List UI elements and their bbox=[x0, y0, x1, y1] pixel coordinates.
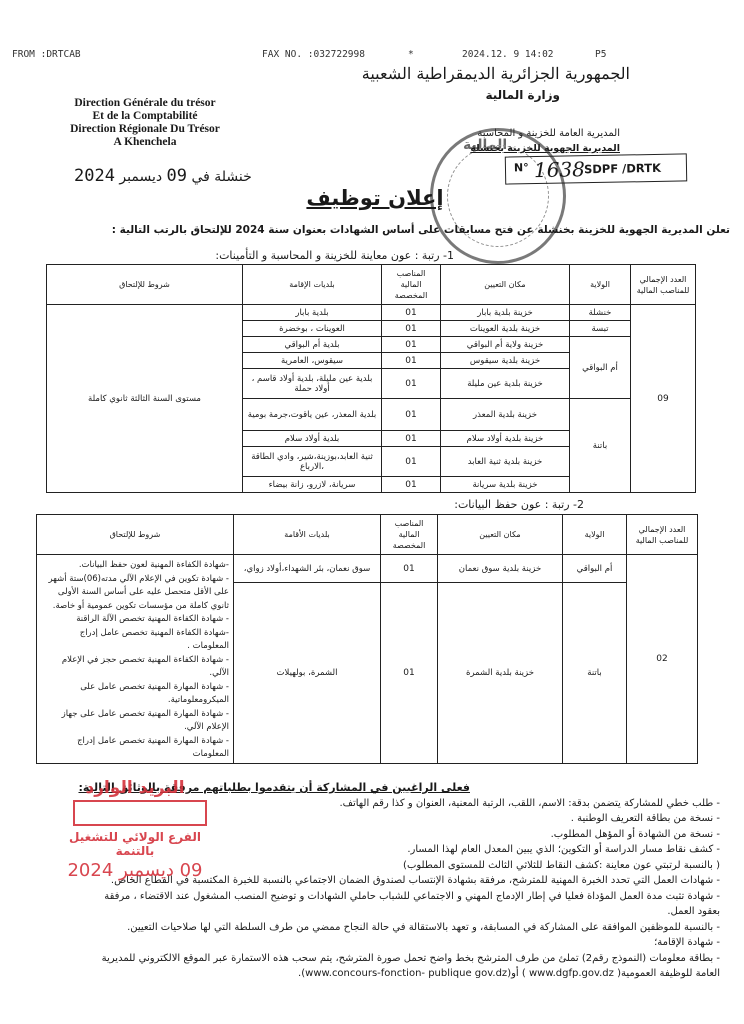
table-row: 02 أم البواقي خزينة بلدية سوق نعمان 01 س… bbox=[37, 555, 698, 583]
official-seal: المالية bbox=[430, 128, 566, 264]
posts-cell: 01 bbox=[382, 447, 441, 477]
reference-n: N° bbox=[514, 161, 529, 174]
table-row: 09 خنشلة خزينة بلدية بابار 01 بلدية بابا… bbox=[47, 305, 696, 321]
posts-cell: 01 bbox=[382, 369, 441, 399]
document-item: العامة للوظيفة العمومية( www.dgfp.gov.dz… bbox=[40, 966, 720, 982]
residence-cell: بلدية بابار bbox=[243, 305, 382, 321]
condition-item: -شهادة الكفاءة المهنية لعون حفظ البيانات… bbox=[41, 559, 229, 573]
residence-cell: سيقوس، العامرية bbox=[243, 353, 382, 369]
place-cell: خزينة بلدية ثنية العابد bbox=[441, 447, 570, 477]
header-wilaya: الولاية bbox=[563, 515, 627, 555]
posts-cell: 01 bbox=[381, 583, 438, 763]
wilaya-cell: أم البواقي bbox=[570, 337, 631, 399]
wilaya-cell: باتنة bbox=[570, 399, 631, 493]
intro-text: تعلن المديرية الجهوية للخزينة بخنشلة عن … bbox=[110, 224, 730, 236]
rank2-table: العدد الإجمالي للمناصب المالية الولاية م… bbox=[36, 514, 698, 764]
header-wilaya: الولاية bbox=[570, 265, 631, 305]
reference-number: 1638 bbox=[534, 157, 585, 182]
rank1-label: 1- رتبة : عون معاينة للخزينة و المحاسبة … bbox=[215, 249, 454, 262]
letterhead-line: Et de la Comptabilité bbox=[55, 110, 235, 123]
header-place: مكان التعيين bbox=[438, 515, 563, 555]
header-total: العدد الإجمالي للمناصب المالية bbox=[627, 515, 698, 555]
french-letterhead: Direction Générale du trésor Et de la Co… bbox=[55, 97, 235, 149]
republic-title: الجمهورية الجزائرية الديمقراطية الشعبية bbox=[400, 64, 630, 83]
header-conditions: شروط للإلتحاق bbox=[47, 265, 243, 305]
reference-box: N° 1638 SDPF /DRTK bbox=[505, 153, 687, 184]
residence-cell: بلدية أولاد سلام bbox=[243, 431, 382, 447]
fax-from: FROM :DRTCAB bbox=[12, 49, 81, 60]
condition-item: - شهادة الكفاءة المهنية تخصص حجز في الإع… bbox=[41, 654, 229, 681]
ministry-title: وزارة المالية bbox=[400, 88, 560, 102]
stamp-office: الفرع الولائي للتشغيل بالتنمة bbox=[55, 830, 215, 858]
letterhead-line: A Khenchela bbox=[55, 136, 235, 149]
fax-page: P5 bbox=[595, 49, 606, 60]
condition-item: - شهادة الكفاءة المهنية تخصص الآلة الراق… bbox=[41, 613, 229, 627]
stamp-title: البريد الوارد bbox=[55, 778, 215, 798]
residence-cell: سوق نعمان، بئر الشهداء،أولاد زواي، bbox=[234, 555, 381, 583]
condition-item: - شهادة المهارة المهنية تخصص عامل على جه… bbox=[41, 708, 229, 735]
letterhead-line: Direction Régionale Du Trésor bbox=[55, 123, 235, 136]
stamp-box bbox=[73, 800, 207, 826]
incoming-mail-stamp: البريد الوارد الفرع الولائي للتشغيل بالت… bbox=[55, 778, 215, 881]
rank1-table: العدد الإجمالي للمناصب المالية الولاية م… bbox=[46, 264, 696, 493]
posts-cell: 01 bbox=[382, 477, 441, 493]
date-place: خنشلة في bbox=[191, 169, 251, 185]
condition-item: -شهادة الكفاءة المهنية تخصص عامل إدراج ا… bbox=[41, 627, 229, 654]
place-cell: خزينة بلدية المعذر bbox=[441, 399, 570, 431]
date-year: 2024 bbox=[74, 166, 115, 186]
place-cell: خزينة بلدية بابار bbox=[441, 305, 570, 321]
place-cell: خزينة ولاية أم البواقي bbox=[441, 337, 570, 353]
letterhead-line: Direction Générale du trésor bbox=[55, 97, 235, 110]
header-conditions: شروط للإلتحاق bbox=[37, 515, 234, 555]
place-cell: خزينة بلدية الشمرة bbox=[438, 583, 563, 763]
residence-cell: سريانة، لازرو، زانة بيضاء bbox=[243, 477, 382, 493]
conditions-cell: -شهادة الكفاءة المهنية لعون حفظ البيانات… bbox=[37, 555, 234, 764]
date-line: خنشلة في 09 ديسمبر 2024 bbox=[74, 166, 274, 186]
condition-item: - شهادة المهارة المهنية تخصص عامل إدراج … bbox=[41, 735, 229, 762]
posts-cell: 01 bbox=[382, 399, 441, 431]
seal-text: المالية bbox=[463, 137, 507, 153]
posts-cell: 01 bbox=[382, 353, 441, 369]
wilaya-cell: خنشلة bbox=[570, 305, 631, 321]
place-cell: خزينة بلدية عين مليلة bbox=[441, 369, 570, 399]
residence-cell: الشمرة، بولهيلات bbox=[234, 583, 381, 763]
header-posts: المناصب المالية المخصصة bbox=[381, 515, 438, 555]
wilaya-cell: باتنة bbox=[563, 583, 627, 763]
page-title: إعلان توظيف bbox=[300, 186, 450, 210]
residence-cell: بلدية عين مليلة، بلدية أولاد قاسم ، أولا… bbox=[243, 369, 382, 399]
residence-cell: العوينات ، بوخضرة bbox=[243, 321, 382, 337]
header-residence: بلديات الإقامة bbox=[243, 265, 382, 305]
posts-cell: 01 bbox=[382, 431, 441, 447]
posts-cell: 01 bbox=[382, 305, 441, 321]
conditions-cell: مستوى السنة الثالثة ثانوي كاملة bbox=[47, 305, 243, 493]
header-residence: بلديات الأقامة bbox=[234, 515, 381, 555]
fax-datetime: 2024.12. 9 14:02 bbox=[462, 49, 554, 60]
document-item: بعقود العمل. bbox=[40, 904, 720, 920]
rank2-label: 2- رتبة : عون حفظ البيانات: bbox=[454, 498, 584, 511]
fax-number: FAX NO. :032722998 bbox=[262, 49, 365, 60]
condition-item: - شهادة تكوين في الإعلام الآلي مدته(06)س… bbox=[41, 573, 229, 614]
header-place: مكان التعيين bbox=[441, 265, 570, 305]
place-cell: خزينة بلدية سريانة bbox=[441, 477, 570, 493]
residence-cell: ثنية العابد،بوزينة،شير، وادي الطاقة ،الا… bbox=[243, 447, 382, 477]
total-posts: 02 bbox=[627, 555, 698, 764]
residence-cell: بلدية المعذر، عين ياقوت،جرمة بومية bbox=[243, 399, 382, 431]
header-posts: المناصب المالية المخصصة bbox=[382, 265, 441, 305]
document-item: - بالنسبة للموظفين الموافقة على المشاركة… bbox=[40, 920, 720, 936]
document-item: - شهادة الإقامة؛ bbox=[40, 935, 720, 951]
place-cell: خزينة بلدية العوينات bbox=[441, 321, 570, 337]
condition-item: - شهادة المهارة المهنية تخصص عامل على ال… bbox=[41, 681, 229, 708]
fax-header: FROM :DRTCAB FAX NO. :032722998 * 2024.1… bbox=[0, 49, 744, 63]
reference-code: SDPF /DRTK bbox=[584, 161, 661, 176]
wilaya-cell: تبسة bbox=[570, 321, 631, 337]
stamp-date: 09 ديسمبر 2024 bbox=[55, 860, 215, 881]
place-cell: خزينة بلدية أولاد سلام bbox=[441, 431, 570, 447]
date-month: ديسمبر bbox=[119, 169, 162, 185]
header-total: العدد الإجمالي للمناصب المالية bbox=[631, 265, 696, 305]
posts-cell: 01 bbox=[381, 555, 438, 583]
place-cell: خزينة بلدية سوق نعمان bbox=[438, 555, 563, 583]
wilaya-cell: أم البواقي bbox=[563, 555, 627, 583]
date-day: 09 bbox=[167, 166, 187, 186]
posts-cell: 01 bbox=[382, 337, 441, 353]
posts-cell: 01 bbox=[382, 321, 441, 337]
document-item: - شهادة تثبت مدة العمل المؤداة فعليا في … bbox=[40, 889, 720, 905]
residence-cell: بلدية أم البواقي bbox=[243, 337, 382, 353]
fax-marker: * bbox=[408, 49, 414, 60]
document-item: - بطاقة معلومات (النموذج رقم2) تملئ من ط… bbox=[40, 951, 720, 967]
place-cell: خزينة بلدية سيقوس bbox=[441, 353, 570, 369]
total-posts: 09 bbox=[631, 305, 696, 493]
